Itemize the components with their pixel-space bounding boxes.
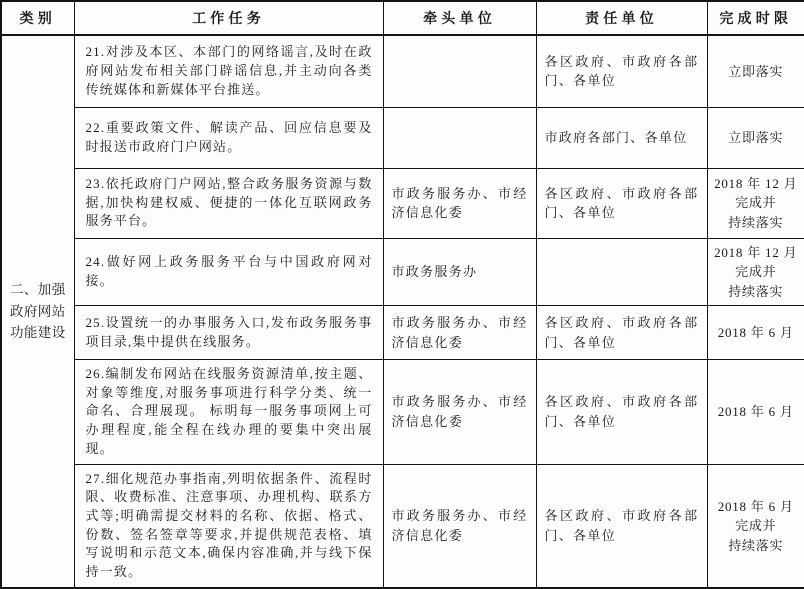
header-task: 工作任务 (74, 1, 383, 35)
deadline-cell-26: 2018 年 6 月 (707, 360, 804, 465)
work-plan-table: 类别 工作任务 牵头单位 责任单位 完成时限 二、加强 政府网站 功能建设 21… (0, 0, 804, 589)
task-cell-23: 23.依托政府门户网站,整合政务服务资源与数据,加快构建权威、便捷的一体化互联网… (74, 168, 383, 238)
responsible-unit-cell-27: 各区政府、市政府各部门、各单位 (536, 464, 707, 588)
task-cell-24: 24.做好网上政务服务平台与中国政府网对接。 (74, 238, 383, 306)
task-cell-22: 22.重要政策文件、解读产品、回应信息要及时报送市政府门户网站。 (74, 107, 383, 168)
category-cell: 二、加强 政府网站 功能建设 (1, 35, 74, 588)
task-cell-27: 27.细化规范办事指南,列明依据条件、流程时限、收费标准、注意事项、办理机构、联… (74, 464, 383, 588)
deadline-cell-22: 立即落实 (707, 107, 804, 168)
deadline-cell-23: 2018 年 12 月 完成并 持续落实 (707, 168, 804, 238)
lead-unit-cell-24: 市政务服务办 (383, 238, 536, 306)
table-row-24: 24.做好网上政务服务平台与中国政府网对接。 市政务服务办 2018 年 12 … (1, 238, 804, 306)
deadline-cell-25: 2018 年 6 月 (707, 306, 804, 360)
table-row-26: 26.编制发布网站在线服务资源清单,按主题、对象等维度,对服务事项进行科学分类、… (1, 360, 804, 465)
deadline-cell-24: 2018 年 12 月 完成并 持续落实 (707, 238, 804, 306)
task-cell-21: 21.对涉及本区、本部门的网络谣言,及时在政府网站发布相关部门辟谣信息,并主动向… (74, 35, 383, 107)
lead-unit-cell-25: 市政务服务办、市经济信息化委 (383, 306, 536, 360)
lead-unit-cell-23: 市政务服务办、市经济信息化委 (383, 168, 536, 238)
responsible-unit-cell-25: 各区政府、市政府各部门、各单位 (536, 306, 707, 360)
responsible-unit-cell-23: 各区政府、市政府各部门、各单位 (536, 168, 707, 238)
table-row-22: 22.重要政策文件、解读产品、回应信息要及时报送市政府门户网站。 市政府各部门、… (1, 107, 804, 168)
task-cell-26: 26.编制发布网站在线服务资源清单,按主题、对象等维度,对服务事项进行科学分类、… (74, 360, 383, 465)
lead-unit-cell-26: 市政务服务办、市经济信息化委 (383, 360, 536, 465)
table-row-21: 二、加强 政府网站 功能建设 21.对涉及本区、本部门的网络谣言,及时在政府网站… (1, 35, 804, 107)
header-lead-unit: 牵头单位 (383, 1, 536, 35)
responsible-unit-cell-22: 市政府各部门、各单位 (536, 107, 707, 168)
lead-unit-cell-22 (383, 107, 536, 168)
deadline-cell-27: 2018 年 6 月 完成并 持续落实 (707, 464, 804, 588)
deadline-cell-21: 立即落实 (707, 35, 804, 107)
responsible-unit-cell-26: 各区政府、市政府各部门、各单位 (536, 360, 707, 465)
task-cell-25: 25.设置统一的办事服务入口,发布政务服务事项目录,集中提供在线服务。 (74, 306, 383, 360)
table-row-23: 23.依托政府门户网站,整合政务服务资源与数据,加快构建权威、便捷的一体化互联网… (1, 168, 804, 238)
responsible-unit-cell-24 (536, 238, 707, 306)
lead-unit-cell-27: 市政务服务办、市经济信息化委 (383, 464, 536, 588)
header-deadline: 完成时限 (707, 1, 804, 35)
table-row-25: 25.设置统一的办事服务入口,发布政务服务事项目录,集中提供在线服务。 市政务服… (1, 306, 804, 360)
lead-unit-cell-21 (383, 35, 536, 107)
header-row: 类别 工作任务 牵头单位 责任单位 完成时限 (1, 1, 804, 35)
header-category: 类别 (1, 1, 74, 35)
responsible-unit-cell-21: 各区政府、市政府各部门、各单位 (536, 35, 707, 107)
table-row-27: 27.细化规范办事指南,列明依据条件、流程时限、收费标准、注意事项、办理机构、联… (1, 464, 804, 588)
header-responsible-unit: 责任单位 (536, 1, 707, 35)
